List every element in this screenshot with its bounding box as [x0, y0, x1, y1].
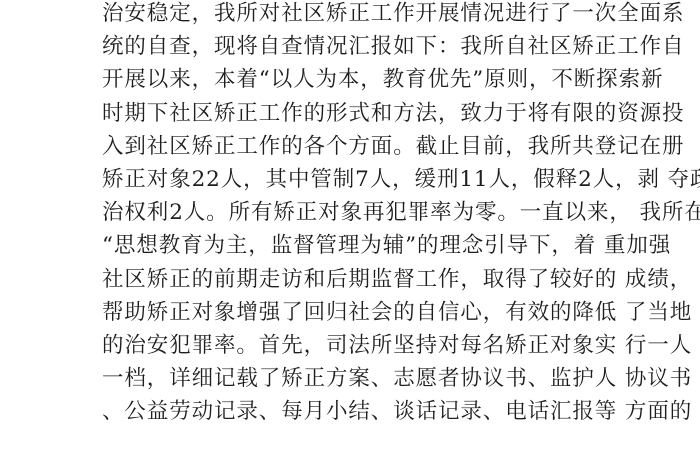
text-line-7: 治权利2人。所有矫正对象再犯罪率为零。一直以来， 我所在 — [102, 196, 612, 229]
text-line-3: 开展以来，本着“以人为本，教育优先”原则，不断探索新 — [102, 63, 612, 96]
text-line-2: 统的自查，现将自查情况汇报如下：我所自社区矫正工作自 — [102, 30, 612, 63]
text-line-12: 一档，详细记载了矫正方案、志愿者协议书、监护人 协议书 — [102, 362, 612, 395]
text-line-11: 的治安犯罪率。首先，司法所坚持对每名矫正对象实 行一人 — [102, 329, 612, 362]
text-line-1: 治安稳定，我所对社区矫正工作开展情况进行了一次全面系 — [102, 0, 612, 30]
document-body: 治安稳定，我所对社区矫正工作开展情况进行了一次全面系 统的自查，现将自查情况汇报… — [102, 0, 612, 428]
text-line-10: 帮助矫正对象增强了回归社会的自信心，有效的降低 了当地 — [102, 296, 612, 329]
text-line-5: 入到社区矫正工作的各个方面。截止目前，我所共登记在册 — [102, 130, 612, 163]
text-line-4: 时期下社区矫正工作的形式和方法，致力于将有限的资源投 — [102, 97, 612, 130]
text-line-13: 、公益劳动记录、每月小结、谈话记录、电话汇报等 方面的 — [102, 395, 612, 428]
text-line-8: “思想教育为主，监督管理为辅”的理念引导下，着 重加强 — [102, 229, 612, 262]
text-line-9: 社区矫正的前期走访和后期监督工作，取得了较好的 成绩， — [102, 263, 612, 296]
text-line-6: 矫正对象22人，其中管制7人，缓刑11人，假释2人，剥 夺政 — [102, 163, 612, 196]
document-page: 治安稳定，我所对社区矫正工作开展情况进行了一次全面系 统的自查，现将自查情况汇报… — [0, 0, 700, 470]
